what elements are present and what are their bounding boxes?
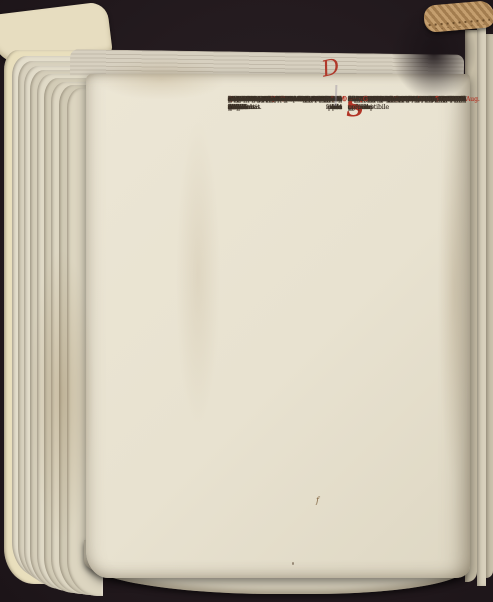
endband-stitches bbox=[426, 17, 490, 30]
margin-mark: f bbox=[316, 496, 319, 505]
rubric-initial-d: D bbox=[320, 56, 342, 81]
paper-stain bbox=[176, 120, 220, 430]
rubric-mark: G bbox=[363, 96, 368, 104]
paper-stain bbox=[30, 250, 94, 540]
text-line: ritū. Et ideo 9cedēde ſunt rōes que ad h… bbox=[228, 96, 342, 112]
fore-edge-strip bbox=[477, 26, 486, 586]
fore-edge-strip bbox=[486, 34, 493, 578]
book-page bbox=[86, 74, 470, 578]
text-line: ſup Gen. ad litterā. qui dicit q̄ aīa me… bbox=[348, 96, 466, 112]
paper-stain bbox=[438, 100, 470, 480]
paper-stain bbox=[96, 58, 226, 100]
ink-speck bbox=[292, 562, 294, 565]
book-photo: D eum formatū de limo terre. nec debuit … bbox=[0, 0, 493, 602]
rubric-mark: Aug. bbox=[466, 96, 480, 104]
